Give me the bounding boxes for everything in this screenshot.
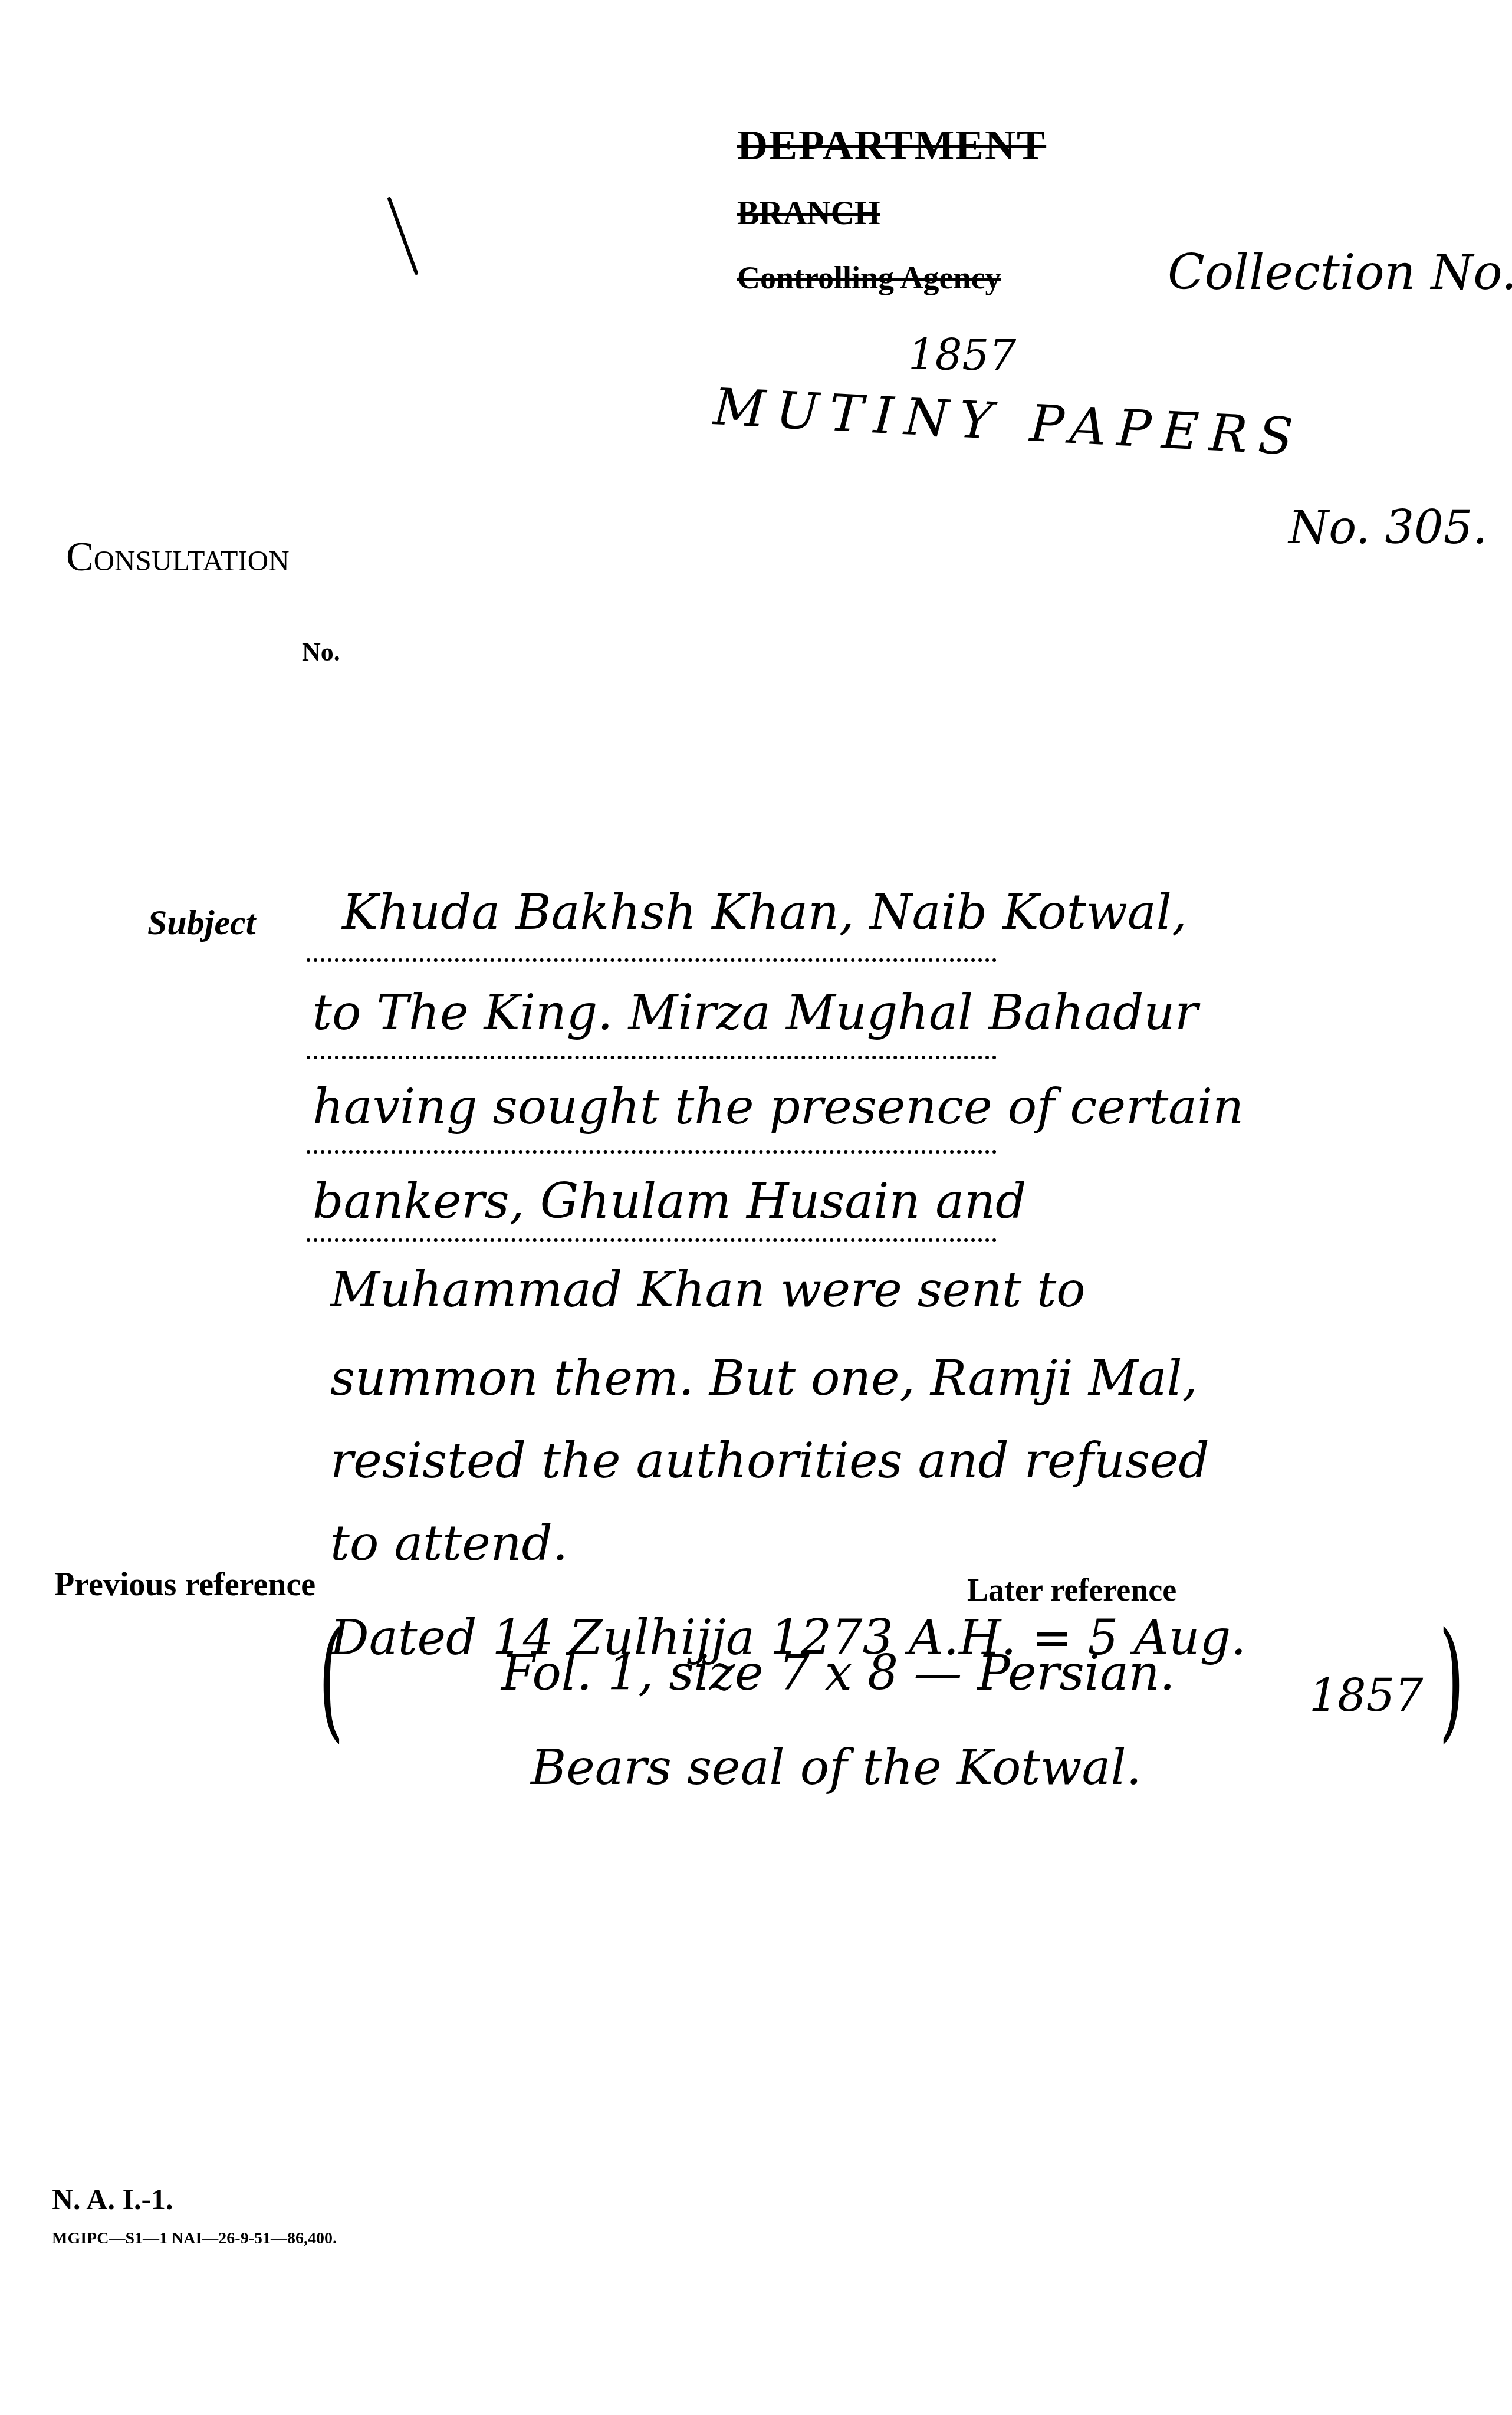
controlling-agency-label: Controlling Agency — [737, 259, 1001, 296]
subject-line: Muhammad Khan were sent to — [330, 1262, 1086, 1318]
subject-dotted-line — [307, 1056, 997, 1059]
subject-line: having sought the presence of certain — [313, 1079, 1244, 1135]
right-parenthesis: ) — [1439, 1604, 1464, 1755]
collection-note: Collection No. 61 — [1168, 245, 1512, 301]
consultation-number-label: No. — [302, 637, 340, 667]
dated-year: 1857 — [1309, 1669, 1423, 1721]
later-reference-label: Later reference — [967, 1572, 1176, 1608]
document-number: No. 305. — [1289, 501, 1487, 554]
subject-dotted-line — [307, 1238, 997, 1242]
subject-dotted-line — [307, 958, 997, 962]
subject-line: bankers, Ghulam Husain and — [313, 1174, 1026, 1230]
subject-line: summon them. But one, Ramji Mal, — [330, 1351, 1198, 1407]
branch-label: BRANCH — [737, 195, 880, 232]
subject-label: Subject — [147, 902, 255, 943]
subject-line: Khuda Bakhsh Khan, Naib Kotwal, — [342, 885, 1187, 941]
subject-line: to The King. Mirza Mughal Bahadur — [313, 985, 1198, 1041]
subject-line: resisted the authorities and refused — [330, 1433, 1209, 1489]
subject-dotted-line — [307, 1150, 997, 1154]
pen-stroke-mark — [387, 196, 419, 275]
previous-reference-label: Previous reference — [54, 1566, 315, 1604]
folio-note: Fol. 1, size 7 x 8 — Persian. — [501, 1645, 1175, 1701]
form-code: N. A. I.-1. — [52, 2182, 173, 2216]
year-note: 1857 — [908, 330, 1016, 380]
subject-line: to attend. — [330, 1516, 568, 1572]
printer-line: MGIPC—S1—1 NAI—26-9-51—86,400. — [52, 2229, 337, 2248]
series-title: MUTINY PAPERS — [712, 377, 1304, 467]
department-label: DEPARTMENT — [737, 121, 1046, 170]
consultation-label: Consultation — [66, 534, 290, 581]
seal-note: Bears seal of the Kotwal. — [531, 1740, 1142, 1796]
